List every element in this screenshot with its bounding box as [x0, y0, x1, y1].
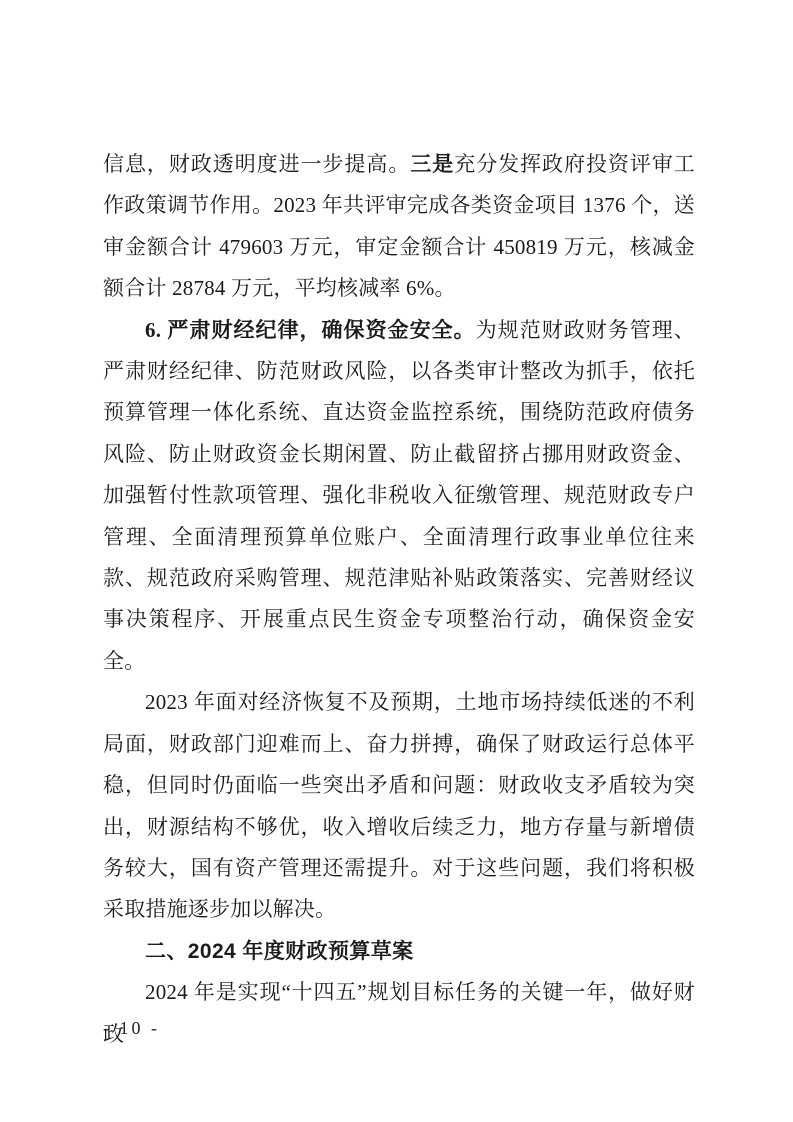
body-text: 2024 年是实现“十四五”规划目标任务的关键一年，做好财政	[103, 980, 695, 1045]
section-heading-2024-budget: 二、2024 年度财政预算草案	[103, 931, 695, 972]
paragraph-investment-review: 信息，财政透明度进一步提高。三是充分发挥政府投资评审工作政策调节作用。2023 …	[103, 144, 695, 310]
document-body: 信息，财政透明度进一步提高。三是充分发挥政府投资评审工作政策调节作用。2023 …	[103, 144, 695, 1055]
paragraph-2023-challenges: 2023 年面对经济恢复不及预期，土地市场持续低迷的不利局面，财政部门迎难而上、…	[103, 682, 695, 930]
body-text: 为规范财政财务管理、严肃财经纪律、防范财政风险，以各类审计整改为抓手，依托预算管…	[103, 318, 695, 673]
emphasis-text: 6. 严肃财经纪律，确保资金安全。	[145, 318, 476, 342]
paragraph-2024-intro: 2024 年是实现“十四五”规划目标任务的关键一年，做好财政	[103, 972, 695, 1055]
body-text: 信息，财政透明度进一步提高。	[103, 152, 410, 176]
paragraph-financial-discipline: 6. 严肃财经纪律，确保资金安全。为规范财政财务管理、严肃财经纪律、防范财政风险…	[103, 310, 695, 683]
emphasis-text: 三是	[410, 152, 454, 176]
page-footer: - 10 -	[103, 1018, 160, 1039]
body-text: 2023 年面对经济恢复不及预期，土地市场持续低迷的不利局面，财政部门迎难而上、…	[103, 690, 695, 921]
page-number: - 10 -	[103, 1018, 160, 1038]
emphasis-text: 二、2024 年度财政预算草案	[145, 940, 414, 963]
document-page: 信息，财政透明度进一步提高。三是充分发挥政府投资评审工作政策调节作用。2023 …	[0, 0, 793, 1122]
